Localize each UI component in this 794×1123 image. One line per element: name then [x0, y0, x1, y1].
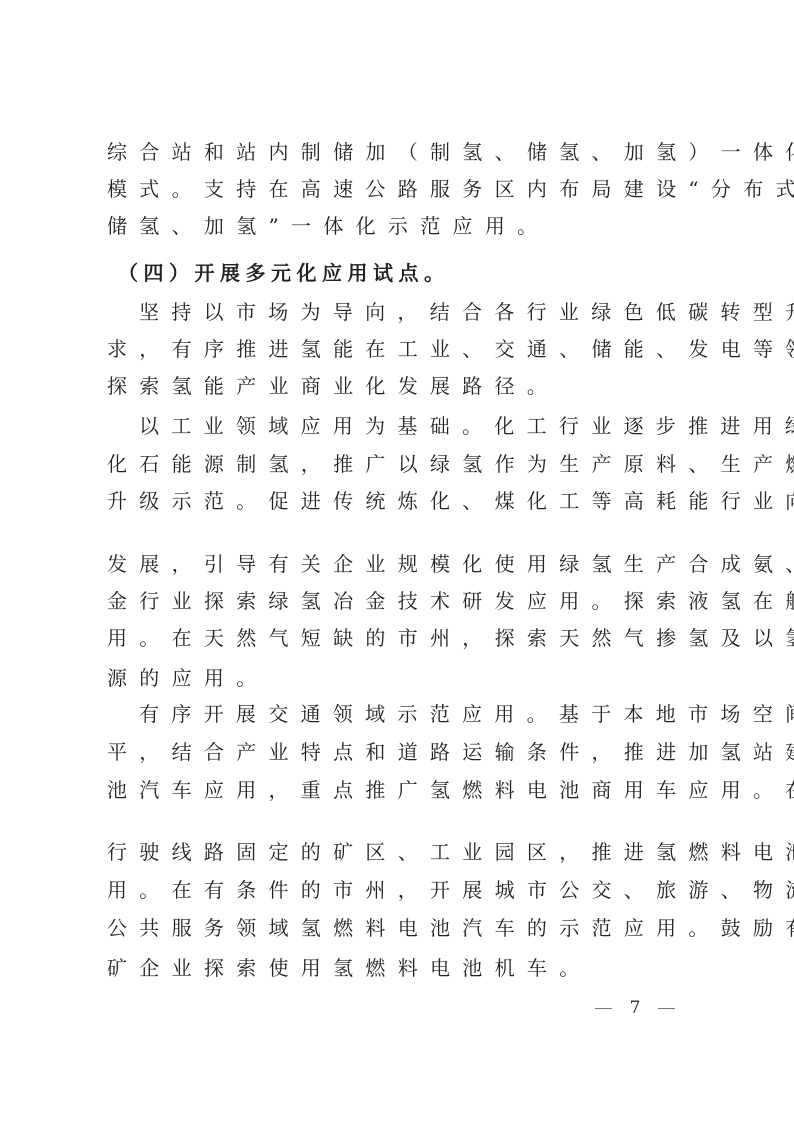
body-line: 储氢、加氢”一体化示范应用。: [107, 208, 707, 245]
body-line: 用。在天然气短缺的市州，探索天然气掺氢及以氢作为高品质热: [107, 620, 707, 657]
paragraph-first-line: 有序开展交通领域示范应用。基于本地市场空间和经济水: [139, 696, 739, 733]
body-line: 化石能源制氢，推广以绿氢作为生产原料、生产燃料的低碳转型: [107, 446, 707, 483]
body-line: 探索氢能产业商业化发展路径。: [107, 368, 707, 405]
section-heading: （四）开展多元化应用试点。: [118, 255, 718, 292]
dash-right: [658, 1008, 675, 1009]
body-line: 行驶线路固定的矿区、工业园区，推进氢燃料电池重卡示范应: [107, 834, 707, 871]
body-line: 综合站和站内制储加（制氢、储氢、加氢）一体化加氢站建设新: [107, 134, 707, 171]
body-line: 平，结合产业特点和道路运输条件，推进加氢站建设和氢燃料电: [107, 734, 707, 771]
body-line: 源的应用。: [107, 660, 707, 697]
body-line: 模式。支持在高速公路服务区内布局建设“分布式光伏＋制氢、: [107, 171, 707, 208]
body-line: 发展，引导有关企业规模化使用绿氢生产合成氨、甲醇。鼓励冶: [107, 546, 707, 583]
document-page: 综合站和站内制储加（制氢、储氢、加氢）一体化加氢站建设新 模式。支持在高速公路服…: [0, 0, 794, 1123]
body-line: 矿企业探索使用氢燃料电池机车。: [107, 950, 707, 987]
paragraph-first-line: 坚持以市场为导向，结合各行业绿色低碳转型升级相关要: [139, 294, 739, 331]
page-number: 7: [595, 998, 675, 1018]
body-line: 池汽车应用，重点推广氢燃料电池商用车应用。在运营强度大、: [107, 772, 707, 809]
body-line: 公共服务领域氢燃料电池汽车的示范应用。鼓励有自备线路的工: [107, 910, 707, 947]
body-line: 用。在有条件的市州，开展城市公交、旅游、物流配送、环卫等: [107, 872, 707, 909]
body-line: 金行业探索绿氢冶金技术研发应用。探索液氢在航天领域的应: [107, 583, 707, 620]
dash-left: [595, 1008, 612, 1009]
body-line: 升级示范。促进传统炼化、煤化工等高耗能行业向低碳工艺转变: [107, 483, 707, 520]
body-line: 求，有序推进氢能在工业、交通、储能、发电等领域应用，加快: [107, 331, 707, 368]
paragraph-first-line: 以工业领域应用为基础。化工行业逐步推进用绿氢替代传统: [139, 408, 739, 445]
page-number-value: 7: [630, 998, 641, 1018]
